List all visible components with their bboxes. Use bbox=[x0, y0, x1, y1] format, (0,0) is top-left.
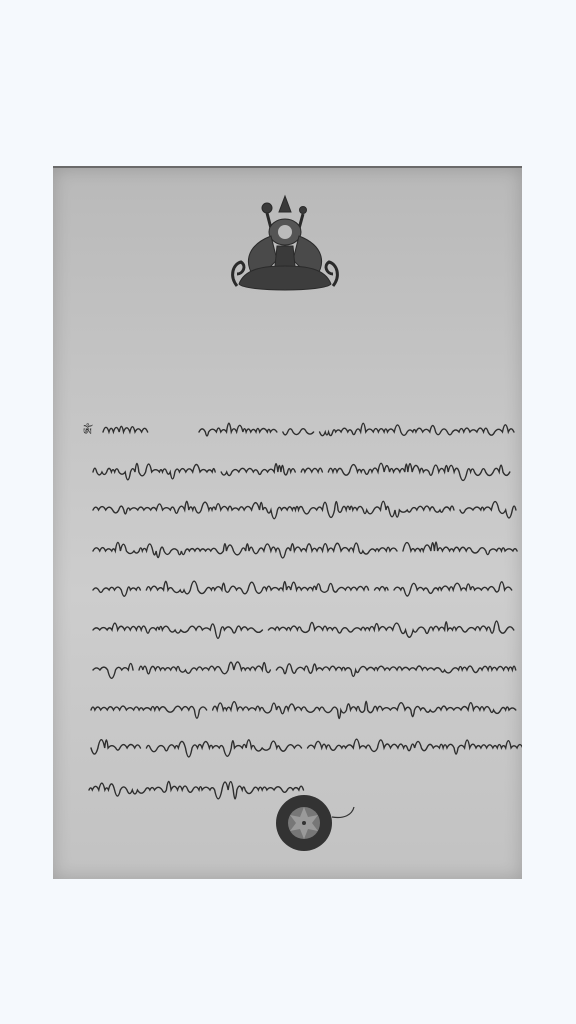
handwritten-line bbox=[91, 739, 522, 757]
handwritten-line bbox=[89, 781, 303, 798]
handwritten-line bbox=[93, 501, 516, 518]
round-seal bbox=[276, 795, 354, 851]
handwritten-line bbox=[103, 423, 514, 436]
handwritten-lines: ༀ bbox=[83, 423, 522, 799]
garuda-emblem bbox=[233, 196, 338, 290]
manuscript-drawing: ༀ bbox=[53, 168, 522, 879]
handwritten-line bbox=[91, 701, 516, 718]
handwritten-line bbox=[93, 581, 512, 596]
handwritten-line bbox=[93, 621, 514, 638]
handwritten-line bbox=[93, 463, 510, 480]
opening-mark: ༀ bbox=[83, 423, 93, 439]
handwritten-line bbox=[93, 662, 516, 678]
manuscript-page: ༀ bbox=[53, 166, 522, 879]
handwritten-line bbox=[93, 542, 517, 558]
